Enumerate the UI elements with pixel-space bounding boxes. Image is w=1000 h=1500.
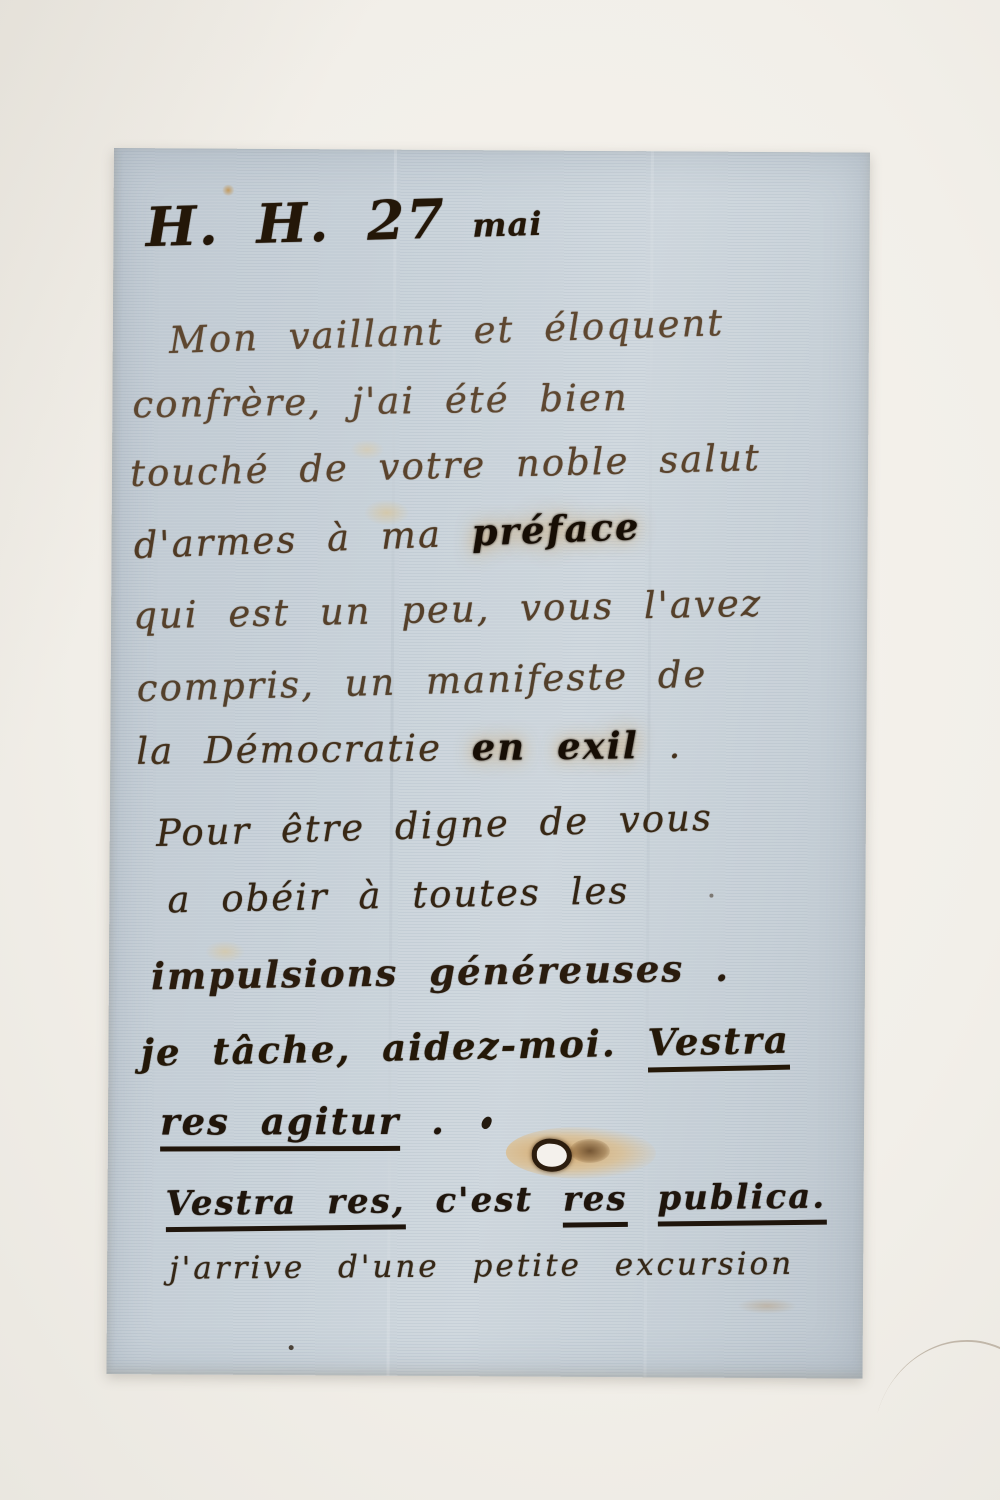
handwriting-line: la Démocratie en exil . — [136, 723, 682, 773]
handwriting-segment — [627, 1179, 657, 1219]
handwriting-segment: Pour être digne de vous — [155, 796, 713, 855]
handwriting-segment: la Démocratie — [136, 726, 472, 773]
handwriting-line: d'armes à ma préface — [133, 504, 641, 567]
handwriting-segment: en exil — [471, 723, 639, 769]
handwriting-segment: préface — [471, 504, 641, 554]
stray-hair — [871, 1319, 1000, 1488]
letter-paper: H. H. 27maiMon vaillant et éloquentconfr… — [107, 148, 870, 1379]
handwriting-line: qui est un peu, vous l'avez — [133, 582, 763, 638]
handwriting-line: Vestra res, c'est res publica. — [165, 1177, 826, 1224]
handwriting-segment: H. H. 27 — [145, 186, 447, 259]
handwriting-segment: res agitur — [160, 1099, 400, 1152]
handwriting-segment: d'armes à ma — [133, 512, 472, 568]
handwriting-segment: c'est — [405, 1180, 563, 1222]
handwriting-line: touché de votre noble salut — [130, 436, 762, 495]
photo-backdrop: H. H. 27maiMon vaillant et éloquentconfr… — [0, 0, 1000, 1500]
handwriting-segment: . — [400, 1099, 446, 1143]
handwriting-segment: impulsions généreuses . — [151, 946, 731, 999]
handwriting-line: je tâche, aidez-moi. Vestra — [140, 1018, 790, 1075]
handwriting-segment: confrère, j'ai été bien — [132, 376, 629, 426]
handwriting-segment: Vestra res, — [165, 1181, 406, 1232]
handwriting-segment: compris, un manifeste de — [136, 653, 708, 710]
handwriting-line: impulsions généreuses . — [151, 946, 731, 999]
handwriting-segment: qui est un peu, vous l'avez — [133, 582, 763, 638]
handwriting-line: a obéir à toutes les — [167, 869, 630, 921]
handwriting-segment: Mon vaillant et éloquent — [168, 301, 724, 362]
handwriting-segment: touché de votre noble salut — [130, 436, 762, 495]
dateline: H. H. 27mai — [145, 184, 544, 259]
handwriting-line: res agitur . — [160, 1099, 446, 1144]
handwriting-segment: a obéir à toutes les — [167, 869, 630, 921]
handwriting-line: Mon vaillant et éloquent — [168, 301, 724, 362]
handwriting-segment: publica. — [657, 1177, 826, 1227]
handwriting-line: Pour être digne de vous — [155, 796, 713, 855]
handwriting-line: compris, un manifeste de — [136, 653, 708, 710]
handwriting-line: confrère, j'ai été bien — [132, 376, 629, 426]
handwriting-block: H. H. 27maiMon vaillant et éloquentconfr… — [107, 148, 870, 1379]
handwriting-segment: . — [639, 724, 683, 767]
handwriting-segment: res — [563, 1179, 628, 1228]
handwriting-segment: mai — [472, 205, 544, 245]
handwriting-segment: Vestra — [647, 1018, 790, 1073]
handwriting-line: j'arrive d'une petite excursion — [169, 1246, 794, 1287]
handwriting-segment: j'arrive d'une petite excursion — [169, 1246, 794, 1287]
handwriting-segment: je tâche, aidez-moi. — [140, 1021, 648, 1075]
